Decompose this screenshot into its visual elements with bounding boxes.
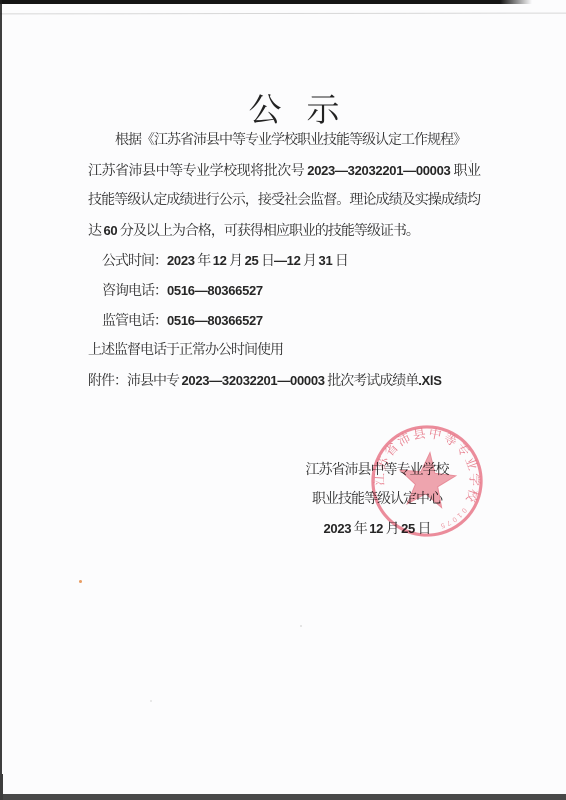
scan-artifact-top-strip xyxy=(0,0,532,4)
text-segment-cjk: 上述监督电话于正常办公时间使用 xyxy=(88,343,283,358)
text-segment-cjk: 根据《江苏省沛县中等专业学校职业技能等级认定工作规程》 xyxy=(115,133,466,148)
document-line: 达 60 分及以上为合格，可获得相应职业的技能等级证书。 xyxy=(88,216,480,246)
official-seal: 江苏省沛县中等专业学校 01075 xyxy=(362,416,492,546)
text-segment-cjk: 附件：沛县中专 xyxy=(88,374,182,389)
text-segment-num: 0516—80366527 xyxy=(167,283,263,298)
scanned-notice-page: 公 示 根据《江苏省沛县中等专业学校职业技能等级认定工作规程》江苏省沛县中等专业… xyxy=(0,0,566,800)
document-line: 公式时间：2023 年 12 月 25 日—12 月 31 日 xyxy=(88,246,480,276)
text-segment-cjk: 监管电话： xyxy=(102,314,167,329)
text-segment-cjk: 批次考试成绩单 xyxy=(325,374,419,389)
text-segment-num: 12 xyxy=(213,253,227,268)
text-segment-num: 2023—32032201—00003 xyxy=(307,163,450,178)
text-segment-cjk: 月 xyxy=(301,254,319,269)
text-segment-cjk: 职业 xyxy=(450,164,480,179)
text-segment-cjk: 达 xyxy=(88,224,104,239)
text-segment-cjk: 日 xyxy=(332,254,348,269)
text-segment-num: 31 xyxy=(319,253,333,268)
text-segment-cjk: 年 xyxy=(195,254,213,269)
text-segment-cjk: 分及以上为合格，可获得相应职业的技能等级证书。 xyxy=(117,224,419,239)
text-segment-cjk: 技能等级认定成绩进行公示，接受社会监督。理论成绩及实操成绩均 xyxy=(88,193,480,208)
text-segment-num: —12 xyxy=(274,253,301,268)
scan-artifact-hairline xyxy=(0,13,566,15)
seal-star xyxy=(397,450,458,509)
text-segment-cjk: 咨询电话： xyxy=(102,284,167,299)
text-segment-cjk: 江苏省沛县中等专业学校现将批次号 xyxy=(88,164,307,179)
document-line: 技能等级认定成绩进行公示，接受社会监督。理论成绩及实操成绩均 xyxy=(88,186,480,216)
text-segment-num: 2023 xyxy=(167,253,195,268)
text-segment-cjk: 月 xyxy=(227,254,245,269)
text-segment-num: 0516—80366527 xyxy=(167,313,263,328)
scan-speck xyxy=(150,700,152,702)
notice-body: 根据《江苏省沛县中等专业学校职业技能等级认定工作规程》江苏省沛县中等专业学校现将… xyxy=(88,126,480,396)
notice-title: 公 示 xyxy=(0,84,566,131)
scan-speck xyxy=(79,580,82,583)
text-segment-num: 2023 xyxy=(324,521,352,536)
document-line: 上述监督电话于正常办公时间使用 xyxy=(88,336,480,366)
text-segment-num: 60 xyxy=(104,223,118,238)
document-line: 根据《江苏省沛县中等专业学校职业技能等级认定工作规程》 xyxy=(88,126,480,156)
text-segment-num: .XlS xyxy=(418,373,441,388)
scan-artifact-bottom-strip xyxy=(0,794,566,800)
document-line: 江苏省沛县中等专业学校现将批次号 2023—32032201—00003 职业 xyxy=(88,156,480,186)
document-line: 附件：沛县中专 2023—32032201—00003 批次考试成绩单.XlS xyxy=(88,366,480,396)
scan-artifact-corner-mark xyxy=(0,774,3,800)
text-segment-num: 2023—32032201—00003 xyxy=(182,373,325,388)
text-segment-num: 25 xyxy=(245,253,259,268)
scan-speck xyxy=(300,625,302,627)
text-segment-cjk: 日 xyxy=(258,254,274,269)
document-line: 咨询电话：0516—80366527 xyxy=(88,276,480,306)
text-segment-cjk: 公式时间： xyxy=(102,254,167,269)
document-line: 监管电话：0516—80366527 xyxy=(88,306,480,336)
